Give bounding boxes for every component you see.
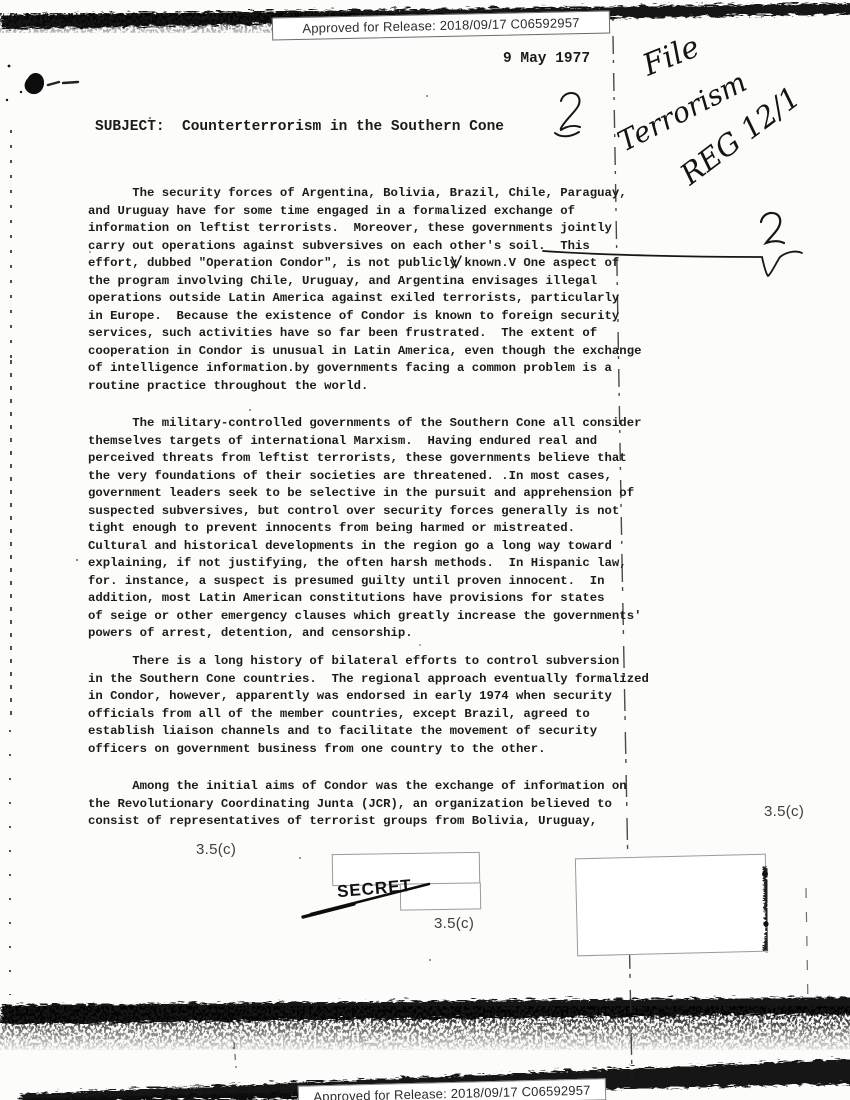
checkmark-annotation bbox=[452, 251, 802, 276]
secret-strike-lines bbox=[303, 884, 429, 917]
handwritten-margin-number bbox=[761, 213, 784, 243]
handwriting-layer: File Terrorism REG 12/1 bbox=[0, 0, 850, 1100]
ink-blob bbox=[6, 65, 78, 102]
document-page: Approved for Release: 2018/09/17 C065929… bbox=[0, 0, 850, 1100]
redaction-edge-smear bbox=[762, 864, 769, 949]
handwritten-page-number bbox=[555, 93, 580, 136]
handwritten-note: File Terrorism REG 12/1 bbox=[612, 29, 806, 192]
handwriting-word-1: File bbox=[637, 29, 705, 83]
